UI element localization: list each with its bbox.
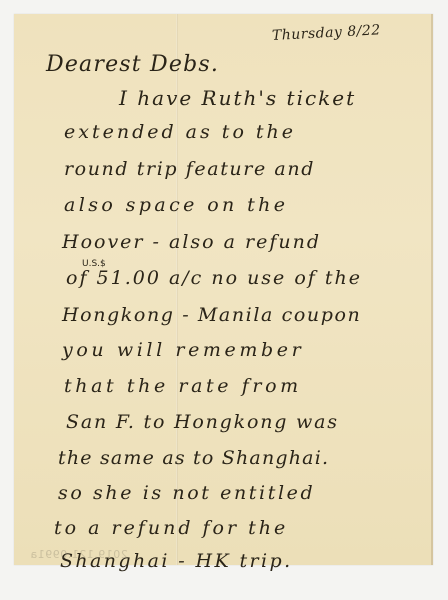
letter-line-10: San F. to Hongkong was xyxy=(66,411,339,433)
letter-line-8: you will remember xyxy=(62,339,304,361)
accession-number-bleedthrough: 2019.121.0991a xyxy=(30,548,128,561)
letter-line-1: I have Ruth's ticket xyxy=(119,86,356,110)
letter-line-4: also space on the xyxy=(64,194,288,216)
letter-line-7: Hongkong - Manila coupon xyxy=(62,304,361,326)
letter-line-12: so she is not entitled xyxy=(58,482,315,504)
letter-line-11: the same as to Shanghai. xyxy=(58,447,329,469)
letter-line-9: that the rate from xyxy=(64,375,302,397)
torn-top-edge xyxy=(14,11,433,17)
letter-date: Thursday 8/22 xyxy=(272,22,382,44)
letter-line-13: to a refund for the xyxy=(54,517,288,539)
letter-line-6: of 51.00 a/c no use of the xyxy=(66,267,362,289)
paper-edge xyxy=(431,14,433,565)
letter-line-3: round trip feature and xyxy=(64,158,315,180)
salutation: Dearest Debs. xyxy=(46,52,219,77)
letter-page: Thursday 8/22 Dearest Debs. I have Ruth'… xyxy=(14,14,433,565)
letter-line-2: extended as to the xyxy=(64,121,296,143)
letter-line-5: Hoover - also a refund xyxy=(62,231,321,253)
